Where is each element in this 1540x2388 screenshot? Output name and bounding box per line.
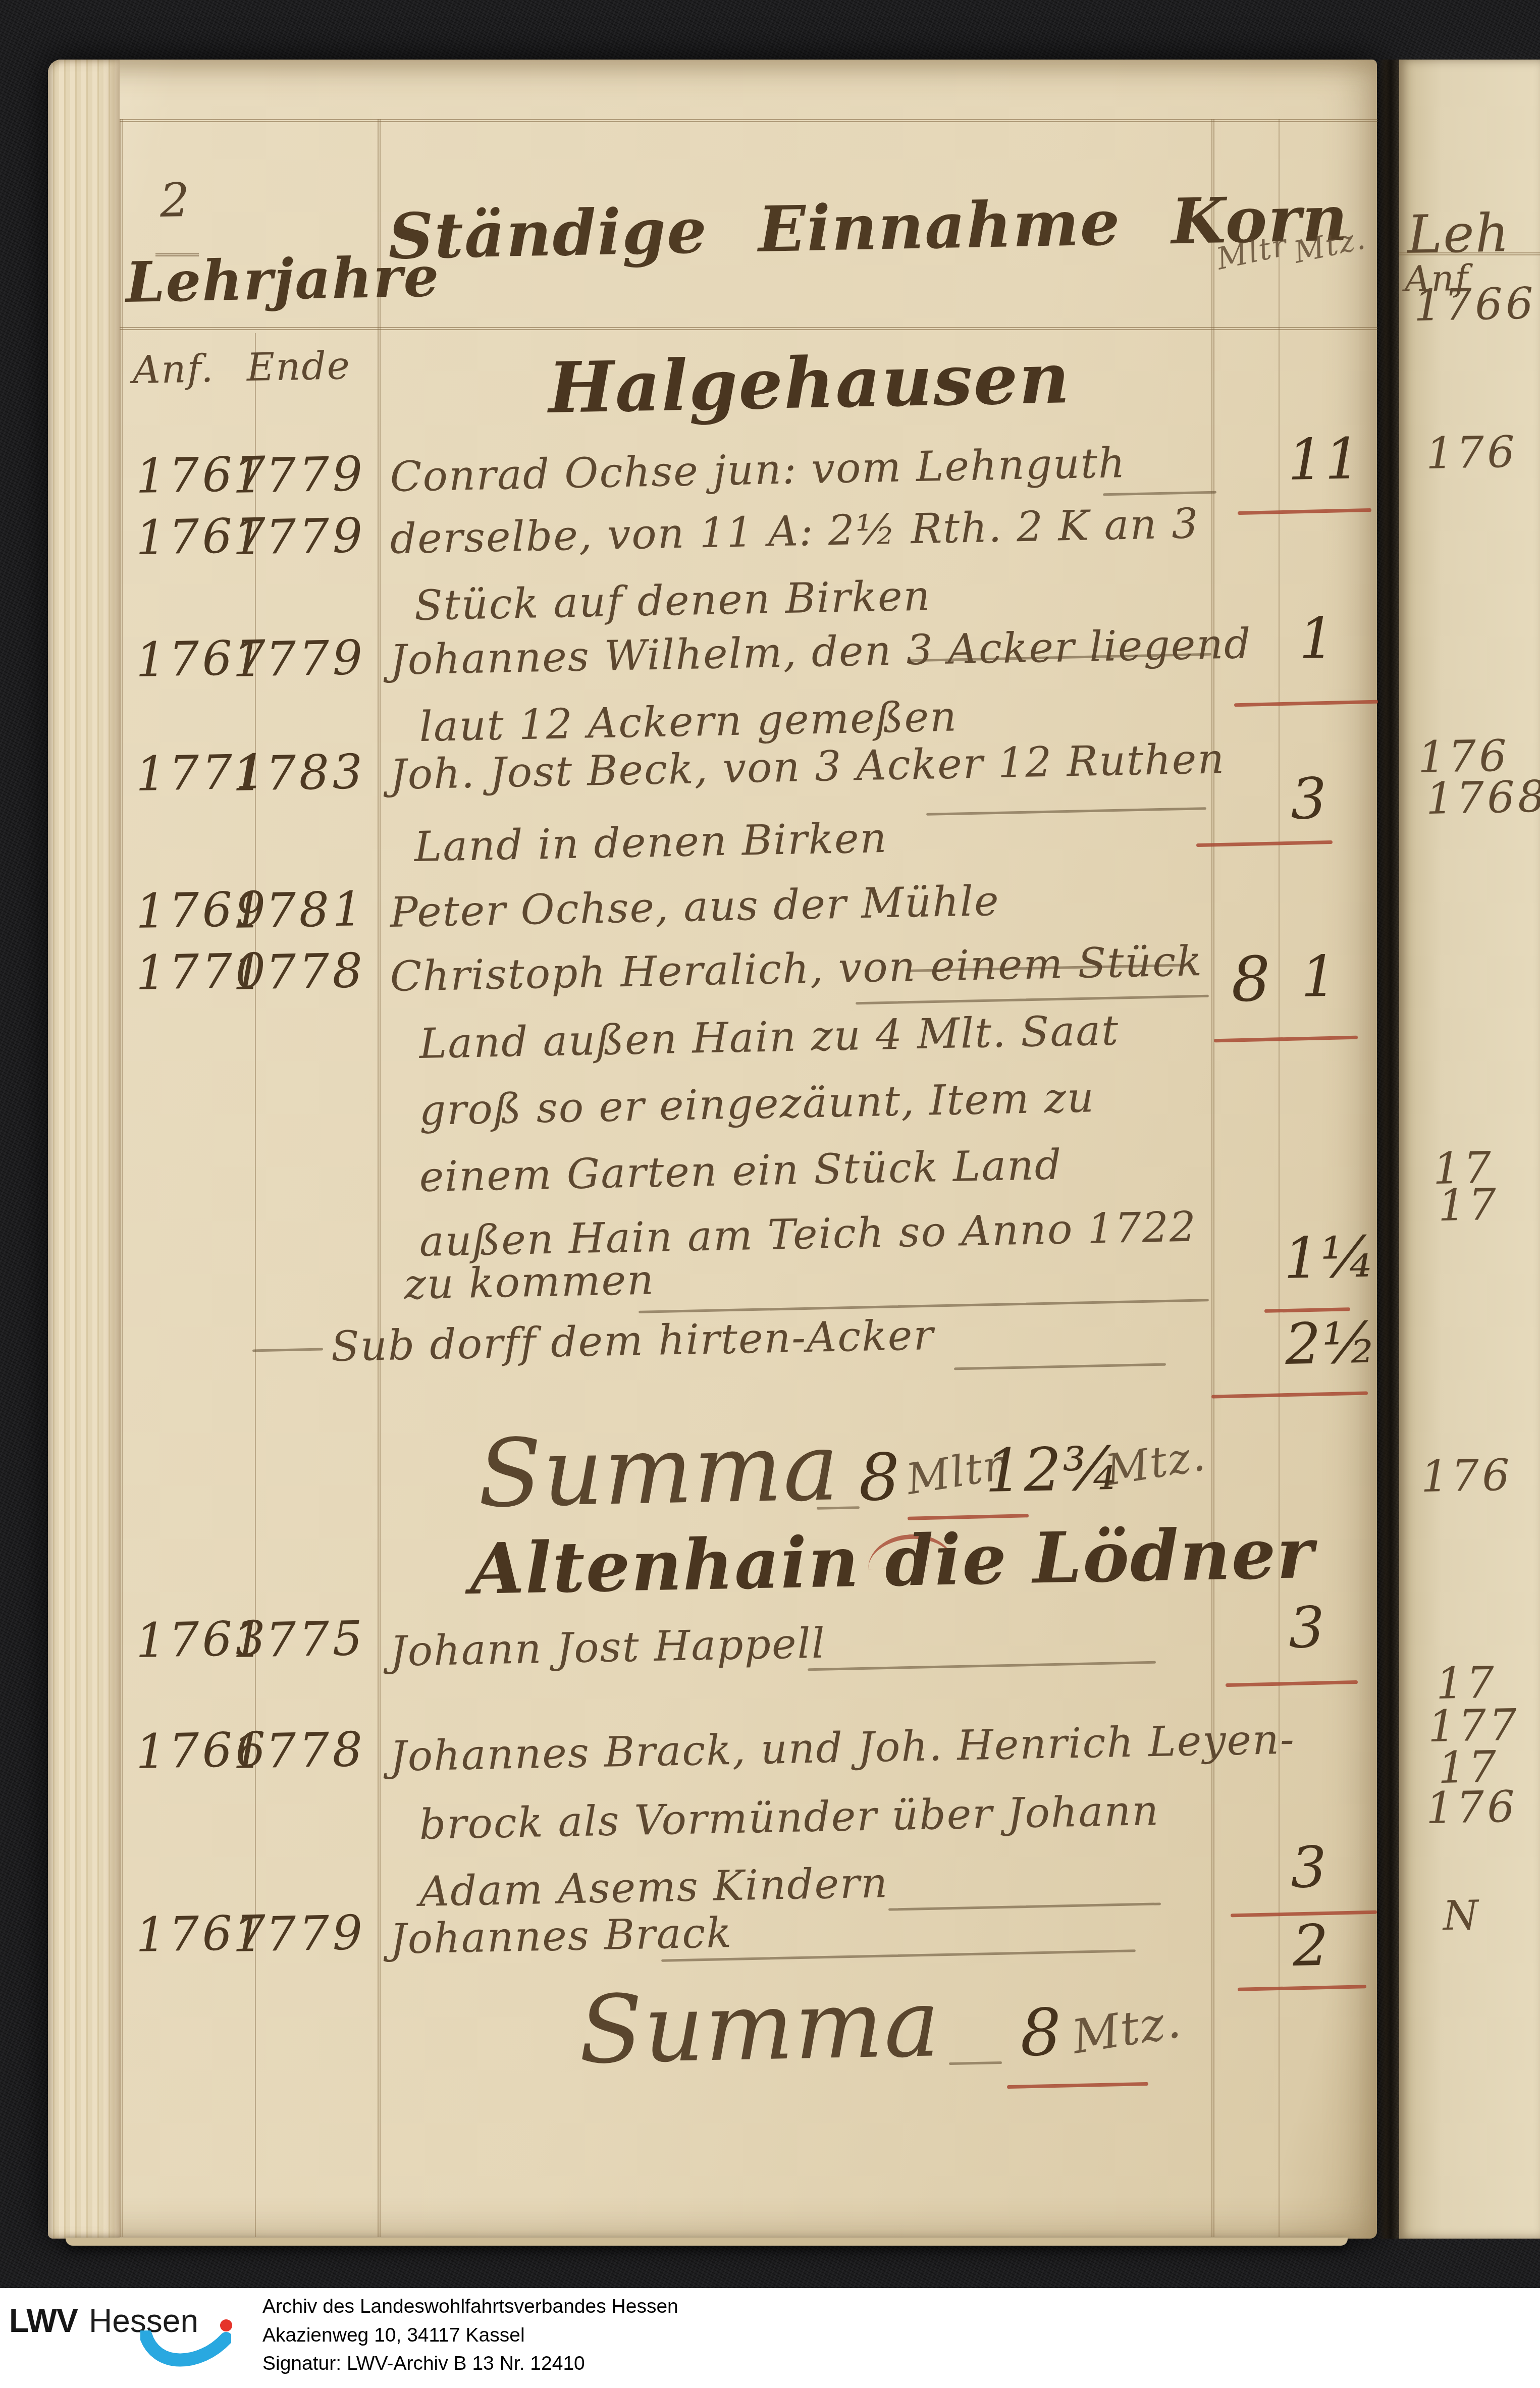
book-gutter — [1377, 60, 1399, 2239]
right-page-year: 17 — [1438, 1183, 1500, 1228]
column-header-ende: Ende — [246, 346, 351, 387]
right-page-year: 176 — [1425, 1785, 1518, 1830]
row-entry-line: zu kommen — [404, 1259, 655, 1306]
row-entry-line: Johann Jost Happell — [390, 1623, 826, 1673]
margin-rule — [120, 119, 123, 2237]
row-amount-mtz: 2½ — [1285, 1314, 1378, 1373]
page-edge-stack — [48, 60, 120, 2239]
right-page-header-rule — [1399, 252, 1540, 255]
row-year-end: 1778 — [232, 947, 366, 997]
row-year-end: 1779 — [232, 1909, 366, 1959]
section-heading-altenhain: Altenhain die Lödner — [469, 1518, 1315, 1604]
right-page-year: 1768 — [1425, 775, 1540, 821]
years-text-divider-rule — [378, 119, 381, 2237]
logo-swoosh-icon — [140, 2330, 231, 2376]
row-entry-line: laut 12 Ackern gemeßen — [419, 697, 958, 748]
row-entry-line: Adam Asems Kindern — [419, 1863, 889, 1913]
row-entry-line: Peter Ochse, aus der Mühle — [390, 881, 1000, 934]
footer-signature: Signatur: LWV-Archiv B 13 Nr. 12410 — [262, 2353, 585, 2375]
summa-label: Summa — [477, 1420, 840, 1521]
row-year-end: 1775 — [232, 1615, 366, 1665]
footer-archive-name: Archiv des Landeswohlfahrtsverbandes Hes… — [262, 2296, 678, 2318]
row-amount-mtz: 3 — [1290, 771, 1328, 828]
row-entry-line: Sub dorff dem hirten-Acker — [331, 1315, 934, 1368]
summa-metzen-value: 8 — [1020, 2000, 1063, 2066]
mtz-column-rule — [1279, 119, 1280, 2237]
top-rule — [120, 119, 1377, 122]
page-number: 2 — [160, 177, 191, 224]
summa-metzen-value: 12¾ — [984, 1439, 1122, 1501]
summa-malter-value: 8 — [858, 1445, 901, 1511]
row-amount-mtz: 1 — [1300, 948, 1338, 1005]
summa-label: Summa — [578, 1977, 941, 2077]
row-year-end: 1779 — [232, 634, 366, 684]
right-page-year: 1766 — [1413, 282, 1536, 328]
header-rule — [120, 327, 1377, 330]
row-amount-mtz: 3 — [1290, 1839, 1328, 1896]
mltr-column-rule — [1211, 119, 1214, 2237]
page-title: Ständige Einnahme Korn — [388, 187, 1349, 269]
logo-dot-icon — [220, 2319, 232, 2331]
right-page-year: 17 — [1436, 1661, 1498, 1706]
column-header-anfang: Anf. — [132, 349, 215, 389]
row-amount-mtz: 2 — [1292, 1918, 1330, 1975]
right-page-year: 177 — [1427, 1704, 1520, 1748]
row-year-end: 1781 — [232, 886, 366, 936]
row-year-end: 1783 — [232, 749, 366, 799]
manuscript-right-page: Leh Anf 1766 176 176 1768 17 17 176 17 1… — [1399, 60, 1540, 2239]
row-entry-line: groß so er eingezäunt, Item zu — [419, 1077, 1095, 1132]
row-entry-line: einem Garten ein Stück Land — [419, 1145, 1063, 1198]
archive-footer: LWV Hessen Archiv des Landeswohlfahrtsve… — [0, 2288, 1540, 2388]
scanned-archive-page: 2 Lehrjahre Anf. Ende Ständige Einnahme … — [0, 0, 1540, 2388]
section-heading-halgehausen: Halgehausen — [548, 343, 1071, 423]
lwv-logo-text: LWV — [9, 2302, 78, 2340]
right-page-year: N — [1443, 1895, 1482, 1936]
row-amount-mtz: 3 — [1288, 1600, 1326, 1657]
row-amount-mltr: 8 — [1231, 948, 1272, 1011]
row-entry-line: Land in denen Birken — [414, 818, 888, 868]
right-page-year: 176 — [1420, 1454, 1513, 1499]
row-entry-line: Stück auf denen Birken — [414, 575, 931, 627]
row-entry-line: Johannes Brack — [390, 1913, 733, 1960]
right-page-year: 176 — [1425, 431, 1518, 475]
row-year-end: 1779 — [232, 451, 366, 501]
row-amount-mtz: 1¼ — [1283, 1229, 1377, 1287]
page-bottom-edge — [66, 2238, 1348, 2246]
row-amount-mtz: 11 — [1287, 431, 1362, 489]
row-year-end: 1779 — [232, 512, 366, 562]
row-year-end: 1778 — [232, 1726, 366, 1776]
footer-address: Akazienweg 10, 34117 Kassel — [262, 2324, 525, 2347]
row-amount-mtz: 1 — [1298, 610, 1336, 667]
